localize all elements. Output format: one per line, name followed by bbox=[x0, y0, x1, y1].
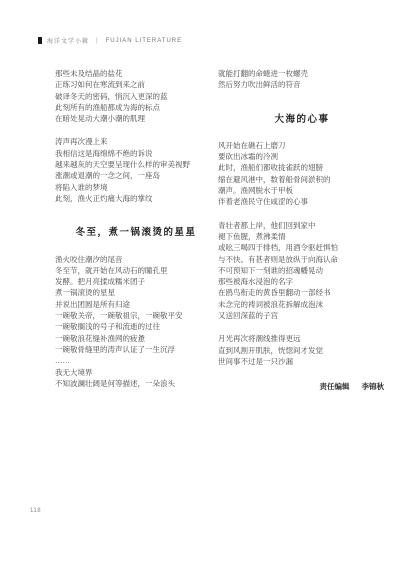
stanza: 月光再次将潮线推得更远直到风割开肌肤，恍惚间才发觉世间事不过是一只沙漏 bbox=[218, 333, 386, 367]
poem-line: 正练习如何在寒流到来之前 bbox=[55, 79, 217, 90]
poem-line: 发酵。把月亮揉成糯米团子 bbox=[55, 276, 217, 287]
poem-line: 伴着老渔民守住咸涩的心事 bbox=[218, 196, 386, 207]
editor-label: 责任编辑 bbox=[320, 382, 350, 391]
section-title: 海洋文学小辑 bbox=[47, 36, 89, 45]
poem-line: 此时，渔船们都收拢雀跃的翅膀 bbox=[218, 162, 386, 173]
poem-line: 青壮者都上岸，他们回到家中 bbox=[218, 220, 386, 231]
magazine-page: 海洋文学小辑 | FUJIAN LITERATURE 那些未及结晶的盐花正练习如… bbox=[0, 0, 396, 561]
page-number: 118 bbox=[30, 508, 41, 514]
poem-line: 那些被海水浸泡的名字 bbox=[218, 276, 386, 287]
poem-line: 涨潮或退潮的一念之间，一座岛 bbox=[55, 170, 217, 181]
right-column: 就能打翻的命蜷进一枚螺壳然后努力吹出鲜活的符音大海的心事风开始在礁石上磨刀要砍出… bbox=[218, 68, 386, 393]
poem-line: 然后努力吹出鲜活的符音 bbox=[218, 79, 386, 90]
section-marker-icon bbox=[38, 37, 42, 44]
poem-line: 我无大境界 bbox=[55, 367, 217, 378]
header-divider: | bbox=[96, 38, 99, 44]
poem-line: 并说出团圆是所有归途 bbox=[55, 299, 217, 310]
poem-line: 一碗敬搁浅的号子和流逝的过往 bbox=[55, 321, 217, 332]
poem-line: 潮声。渔网脱水于甲板 bbox=[218, 185, 386, 196]
poem-line: 渔火咬住潮汐的尾音 bbox=[55, 254, 217, 265]
poem-line: 那些未及结晶的盐花 bbox=[55, 68, 217, 79]
poem-line: 未念完的祷词被浪花拆解成泡沫 bbox=[218, 299, 386, 310]
editor-name: 李锦秋 bbox=[362, 382, 385, 391]
editor-credit: 责任编辑李锦秋 bbox=[218, 381, 386, 392]
poem-title: 大海的心事 bbox=[218, 115, 386, 126]
poem-line: 涛声再次漫上来 bbox=[55, 136, 217, 147]
poem-line: 月光再次将潮线推得更远 bbox=[218, 333, 386, 344]
poem-line: 将陷入谁的梦境 bbox=[55, 182, 217, 193]
poem-line: 我相信这是海绵绵不绝的诉说 bbox=[55, 148, 217, 159]
poem-line: 此刻所有的渔船都成为海的标点 bbox=[55, 102, 217, 113]
poem-line: 不可预知下一刻谁的招魂幡晃动 bbox=[218, 265, 386, 276]
stanza: 青壮者都上岸，他们回到家中褪下鱼腥，煮沸柔情或吆三喝四于排档，用酒令驱赶惧怕与不… bbox=[218, 220, 386, 322]
poem-line: 破译冬天的密码，悄沉入更深的蓝 bbox=[55, 91, 217, 102]
stanza: 风开始在礁石上磨刀要砍出冰霜的冷冽此时，渔船们都收拢雀跃的翅膀缩在避风港中，数着… bbox=[218, 140, 386, 208]
poem-line: …… bbox=[55, 355, 217, 366]
poem-line: 冬至节，就开始在风动石的瞳孔里 bbox=[55, 265, 217, 276]
stanza: 就能打翻的命蜷进一枚螺壳然后努力吹出鲜活的符音 bbox=[218, 68, 386, 91]
poem-line: 煮一锅滚烫的星星 bbox=[55, 287, 217, 298]
poem-line: 一碗敬关帝，一碗敬祖宗，一碗敬平安 bbox=[55, 310, 217, 321]
poem-line: 就能打翻的命蜷进一枚螺壳 bbox=[218, 68, 386, 79]
poem-line: 与不快。有甚者则是放纵于向海认命 bbox=[218, 254, 386, 265]
poem-line: 在鸥鸟衔走的黄昏里翻动一部经书 bbox=[218, 287, 386, 298]
poem-line: 一碗敬浪花缝补渔网的疲惫 bbox=[55, 333, 217, 344]
poem-line: 一碗敬骨缝里的涛声认证了一生沉浮 bbox=[55, 344, 217, 355]
poem-line: 或吆三喝四于排档，用酒令驱赶惧怕 bbox=[218, 242, 386, 253]
poem-line: 要砍出冰霜的冷冽 bbox=[218, 151, 386, 162]
poem-line: 越来越灰的天空要呈现什么样的审美视野 bbox=[55, 159, 217, 170]
poem-line: 在暗处晃动大潮小潮的肌理 bbox=[55, 113, 217, 124]
poem-line: 又送回深蓝的子宫 bbox=[218, 310, 386, 321]
stanza: 那些未及结晶的盐花正练习如何在寒流到来之前破译冬天的密码，悄沉入更深的蓝此刻所有… bbox=[55, 68, 217, 124]
stanza: 渔火咬住潮汐的尾音冬至节，就开始在风动石的瞳孔里发酵。把月亮揉成糯米团子煮一锅滚… bbox=[55, 254, 217, 390]
poem-line: 褪下鱼腥，煮沸柔情 bbox=[218, 231, 386, 242]
page-header: 海洋文学小辑 | FUJIAN LITERATURE bbox=[38, 36, 182, 45]
poem-line: 此刻，渔火正灼痛大海的掌纹 bbox=[55, 193, 217, 204]
poem-line: 风开始在礁石上磨刀 bbox=[218, 140, 386, 151]
stanza: 涛声再次漫上来我相信这是海绵绵不绝的诉说越来越灰的天空要呈现什么样的审美视野涨潮… bbox=[55, 136, 217, 204]
poem-line: 世间事不过是一只沙漏 bbox=[218, 356, 386, 367]
poem-title: 冬至，煮一锅滚烫的星星 bbox=[55, 228, 217, 239]
journal-title: FUJIAN LITERATURE bbox=[106, 38, 183, 44]
poem-line: 不知波澜壮阔是何等描述，一朵浪头 bbox=[55, 378, 217, 389]
poem-line: 缩在避风港中，数着船骨间淤积的 bbox=[218, 174, 386, 185]
poem-line: 直到风割开肌肤，恍惚间才发觉 bbox=[218, 345, 386, 356]
left-column: 那些未及结晶的盐花正练习如何在寒流到来之前破译冬天的密码，悄沉入更深的蓝此刻所有… bbox=[55, 68, 217, 389]
